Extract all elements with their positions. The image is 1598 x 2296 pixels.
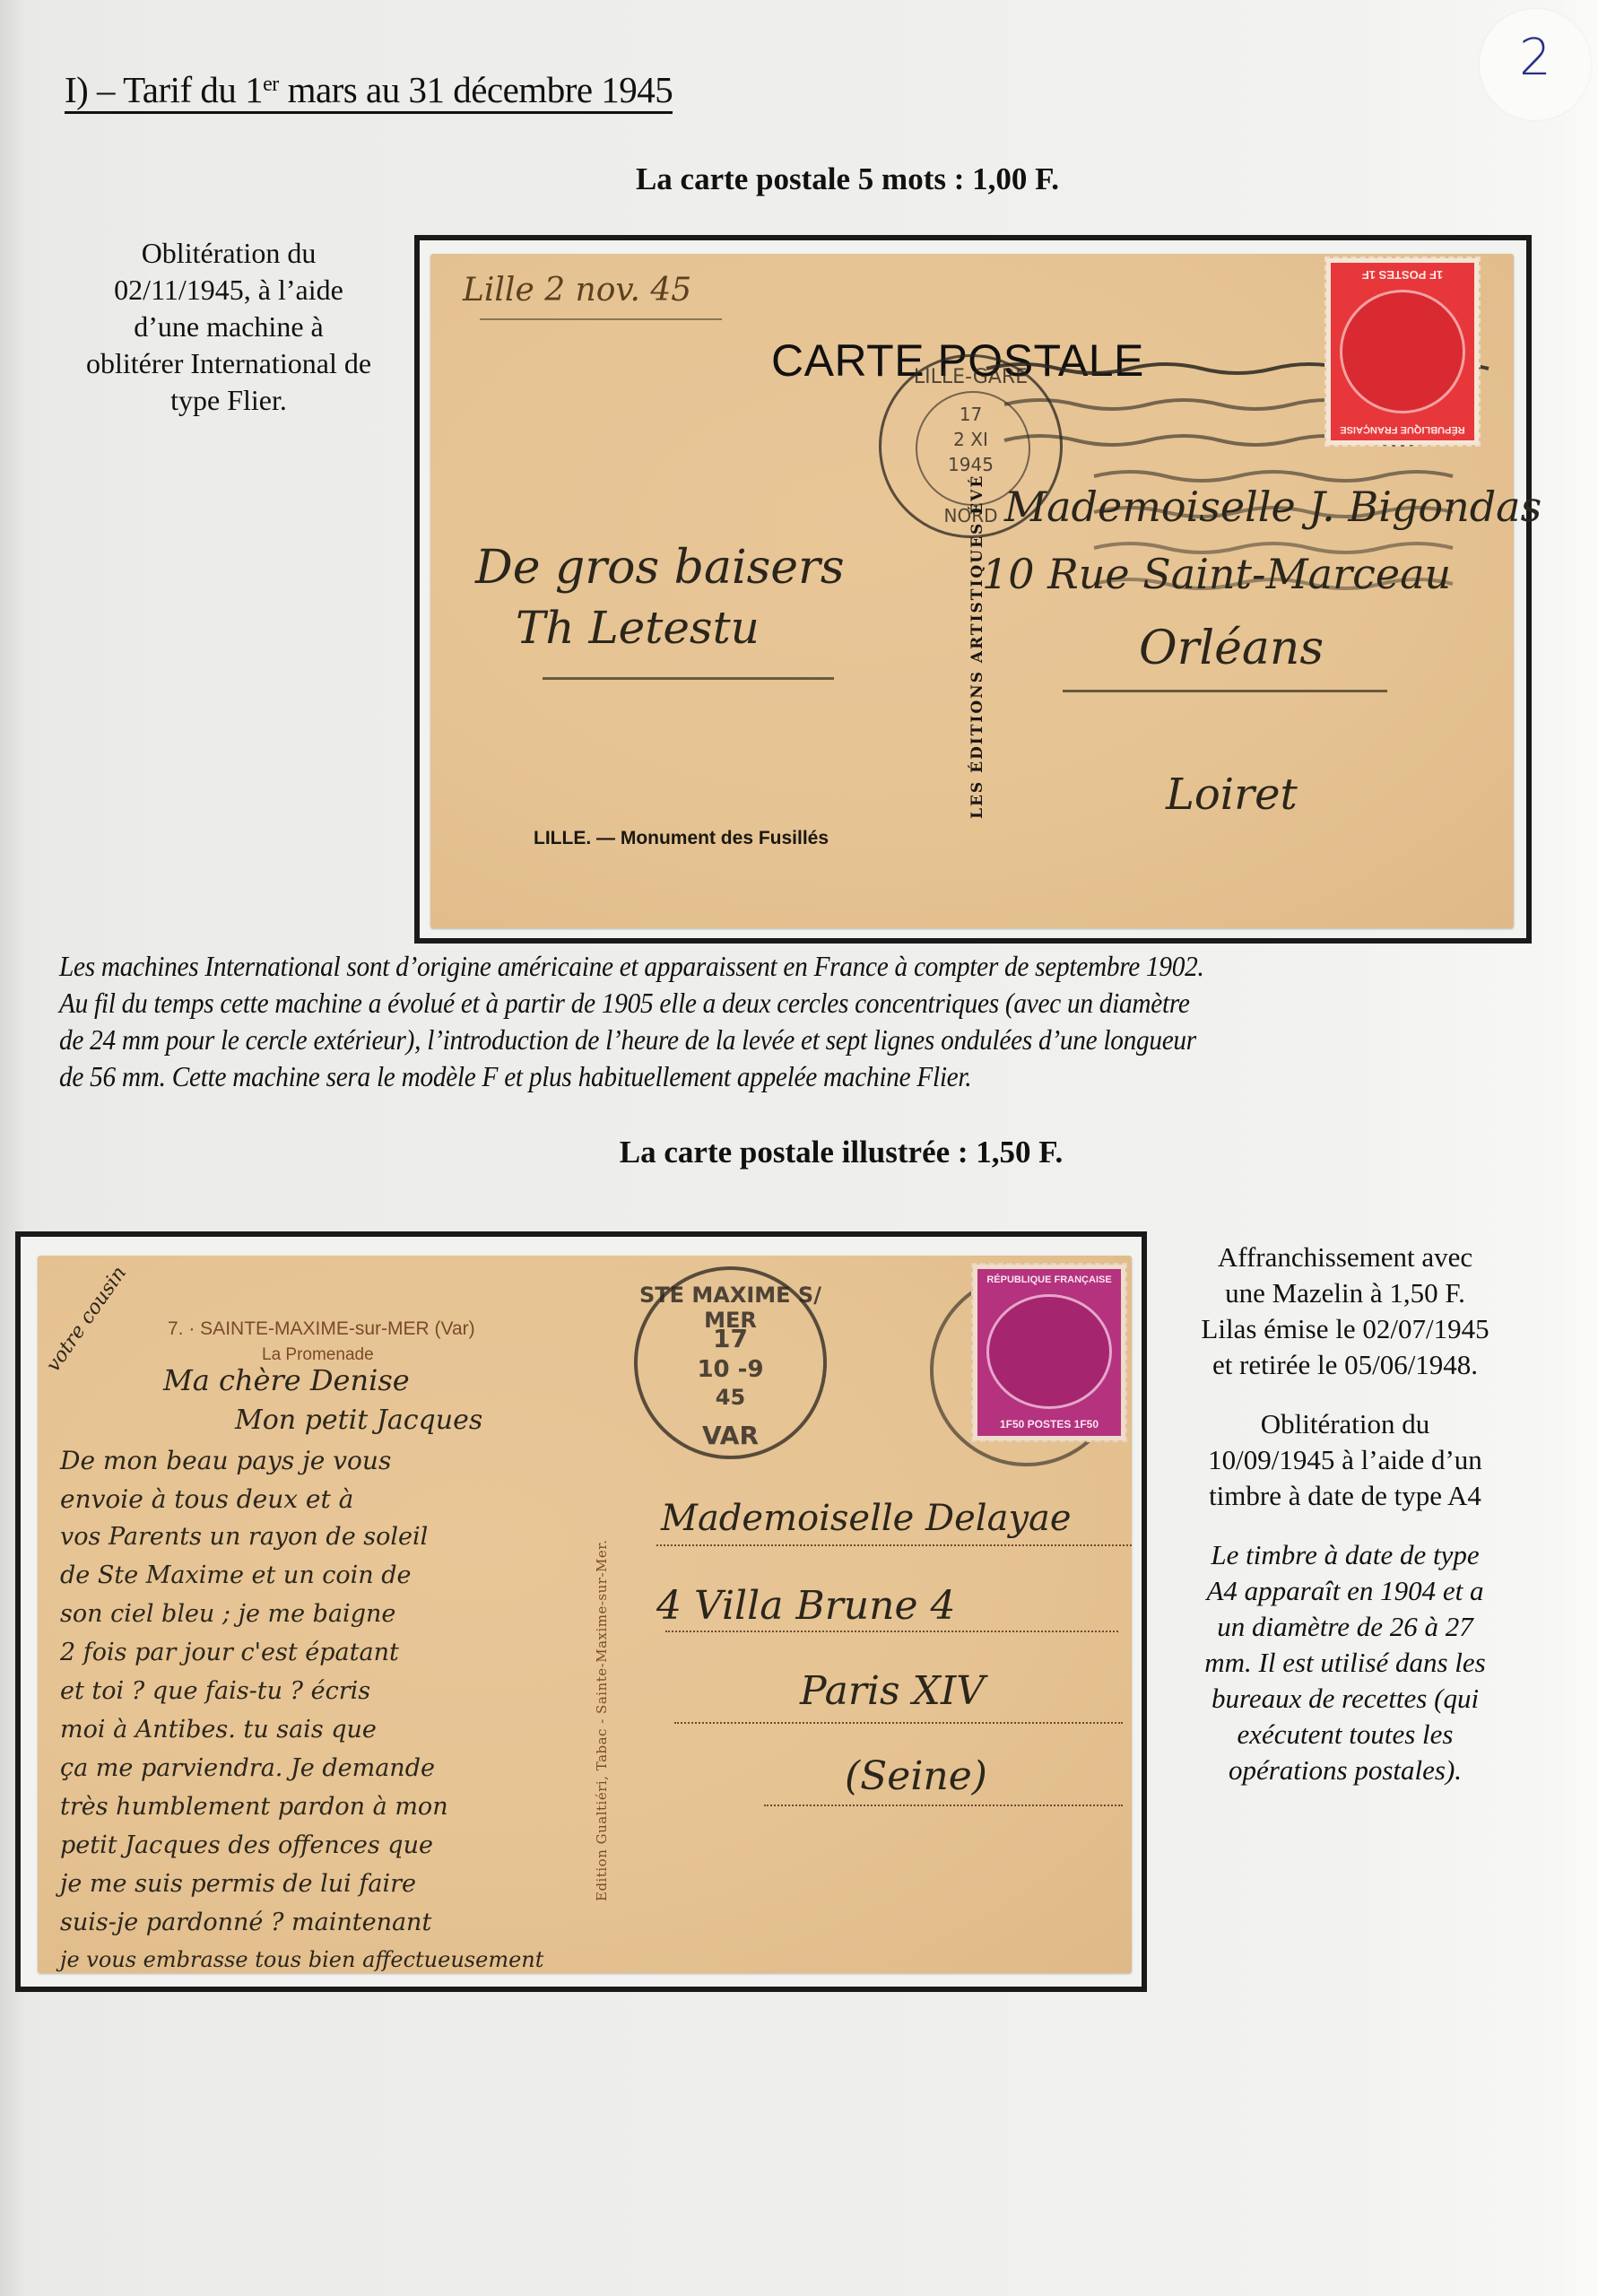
- caption-line: 10/09/1945 à l’aide d’un: [1208, 1444, 1482, 1475]
- paragraph-line: de 56 mm. Cette machine sera le modèle F…: [59, 1058, 1535, 1095]
- message-line: son ciel bleu ; je me baigne: [60, 1600, 395, 1628]
- postmark-year: 1945: [882, 454, 1060, 475]
- caption-line: exécutent toutes les: [1237, 1718, 1453, 1750]
- address-line: Mademoiselle Delayae: [661, 1498, 1072, 1539]
- title-text-suffix: mars au 31 décembre 1945: [279, 69, 673, 110]
- history-paragraph: Les machines International sont d’origin…: [59, 948, 1535, 1095]
- caption-line: une Mazelin à 1,50 F.: [1225, 1277, 1465, 1309]
- margin-note: votre cousin: [42, 1263, 131, 1377]
- caption-line: Lilas émise le 02/07/1945: [1201, 1313, 1489, 1344]
- stamp-portrait: [986, 1294, 1112, 1409]
- message-line: Ma chère Denise: [163, 1363, 410, 1397]
- stamp-country-text: RÉPUBLIQUE FRANÇAISE: [977, 1274, 1121, 1285]
- stamp-mazelin-1f50-lilac: RÉPUBLIQUE FRANÇAISE 1F50 POSTES 1F50: [973, 1265, 1125, 1440]
- postmark-hour: 17: [638, 1324, 823, 1353]
- caption-block-a4-note: Le timbre à date de type A4 apparaît en …: [1152, 1537, 1538, 1788]
- stamp-value-text: 1F50 POSTES 1F50: [977, 1418, 1121, 1431]
- stamp-country-text: RÉPUBLIQUE FRANÇAISE: [1331, 424, 1474, 435]
- address-line: 10 Rue Saint-Marceau: [982, 550, 1451, 598]
- message-line: petit Jacques des offences que: [60, 1831, 433, 1859]
- title-text: I) – Tarif du 1: [65, 69, 263, 110]
- message-line: envoie à tous deux et à: [60, 1484, 353, 1514]
- page-number: 2: [1480, 29, 1591, 87]
- underline: [480, 318, 722, 320]
- postmark-ste-maxime: STE MAXIME S/ MER 17 10 -9 45 VAR: [634, 1266, 827, 1459]
- message-line: très humblement pardon à mon: [60, 1793, 448, 1821]
- caption-block-stamp: Affranchissement avec une Mazelin à 1,50…: [1152, 1239, 1538, 1383]
- stamp-value-text: 1F POSTES 1F: [1331, 268, 1474, 282]
- printed-header: 7. · SAINTE-MAXIME-sur-MER (Var): [168, 1318, 475, 1340]
- address-line: Paris XIV: [800, 1668, 985, 1714]
- postmark-region: VAR: [638, 1421, 823, 1450]
- handwritten-date: Lille 2 nov. 45: [463, 272, 691, 309]
- postmark-date: 2 XI: [882, 429, 1060, 450]
- caption-line: A4 apparaît en 1904 et a: [1206, 1575, 1483, 1606]
- address-line: 4 Villa Brune 4: [656, 1583, 955, 1629]
- message-signature: Th Letestu: [516, 602, 760, 654]
- postcard-2: 7. · SAINTE-MAXIME-sur-MER (Var) La Prom…: [38, 1256, 1132, 1973]
- postmark-hour: 17: [882, 404, 1060, 425]
- postmark-date: 10 -9: [638, 1356, 823, 1383]
- address-rule: [764, 1805, 1123, 1806]
- message-line: et toi ? que fais-tu ? écris: [60, 1677, 370, 1705]
- caption-line: bureaux de recettes (qui: [1212, 1683, 1479, 1714]
- stamp-mazelin-1f-red: 1F POSTES 1F RÉPUBLIQUE FRANÇAISE: [1326, 258, 1479, 445]
- message-line: suis-je pardonné ? maintenant: [60, 1909, 431, 1936]
- address-rule: [656, 1544, 1132, 1546]
- caption-line: Le timbre à date de type: [1211, 1539, 1479, 1570]
- publisher-vertical: LES ÉDITIONS ARTISTIQUES ÉVÉ: [968, 474, 986, 819]
- message-line: je me suis permis de lui faire: [60, 1870, 416, 1898]
- caption-line: d’une machine à: [49, 309, 408, 345]
- page-title: I) – Tarif du 1er mars au 31 décembre 19…: [65, 70, 673, 114]
- section2-caption: Affranchissement avec une Mazelin à 1,50…: [1152, 1239, 1538, 1812]
- caption-block-cancel: Oblitération du 10/09/1945 à l’aide d’un…: [1152, 1406, 1538, 1514]
- message-line: de Ste Maxime et un coin de: [60, 1561, 412, 1589]
- publisher-vertical: Edition Gualtiéri, Tabac - Sainte-Maxime…: [594, 1539, 610, 1901]
- caption-line: et retirée le 05/06/1948.: [1212, 1349, 1478, 1380]
- section1-subtitle: La carte postale 5 mots : 1,00 F.: [636, 161, 1059, 197]
- printed-subheader: La Promenade: [262, 1345, 374, 1365]
- postmark-town: LILLE-GARE: [882, 366, 1060, 388]
- address-line: Mademoiselle J. Bigondas: [1004, 483, 1542, 531]
- section2-subtitle: La carte postale illustrée : 1,50 F.: [620, 1135, 1063, 1170]
- address-line: (Seine): [845, 1753, 987, 1799]
- card-caption: LILLE. — Monument des Fusillés: [534, 828, 829, 849]
- section1-caption: Oblitération du 02/11/1945, à l’aide d’u…: [49, 235, 408, 419]
- paragraph-line: Au fil du temps cette machine a évolué e…: [59, 985, 1535, 1022]
- caption-line: oblitérer International de: [49, 345, 408, 382]
- message-line: moi à Antibes. tu sais que: [60, 1716, 377, 1744]
- caption-line: mm. Il est utilisé dans les: [1204, 1647, 1485, 1678]
- stamp-portrait: [1340, 290, 1465, 413]
- message-line: 2 fois par jour c'est épatant: [60, 1639, 399, 1666]
- caption-line: opérations postales).: [1229, 1754, 1462, 1786]
- message-line: vos Parents un rayon de soleil: [60, 1523, 428, 1551]
- message-line: ça me parviendra. Je demande: [60, 1754, 435, 1782]
- title-superscript: er: [263, 73, 279, 96]
- caption-line: 02/11/1945, à l’aide: [49, 272, 408, 309]
- message-line: De gros baisers: [475, 541, 845, 595]
- caption-line: timbre à date de type A4: [1209, 1480, 1481, 1511]
- address-line: Loiret: [1166, 770, 1298, 820]
- caption-line: type Flier.: [49, 382, 408, 419]
- caption-line: Oblitération du: [1261, 1408, 1430, 1439]
- caption-line: un diamètre de 26 à 27: [1217, 1611, 1473, 1642]
- postmark-year: 45: [638, 1385, 823, 1410]
- message-line: De mon beau pays je vous: [60, 1446, 391, 1475]
- address-line: Orléans: [1139, 622, 1324, 675]
- caption-line: Affranchissement avec: [1218, 1241, 1472, 1273]
- caption-line: Oblitération du: [49, 235, 408, 272]
- address-rule: [665, 1631, 1118, 1632]
- paragraph-line: de 24 mm pour le cercle extérieur), l’in…: [59, 1022, 1535, 1058]
- message-line: je vous embrasse tous bien affectueuseme…: [60, 1947, 543, 1972]
- address-rule: [674, 1722, 1123, 1724]
- signature-underline: [543, 677, 834, 680]
- address-underline: [1063, 690, 1387, 692]
- message-line: Mon petit Jacques: [235, 1405, 482, 1436]
- paragraph-line: Les machines International sont d’origin…: [59, 948, 1535, 985]
- postcard-1: Lille 2 nov. 45 CARTE POSTALE LILLE-GARE…: [430, 254, 1514, 928]
- page-number-badge: 2: [1480, 9, 1591, 120]
